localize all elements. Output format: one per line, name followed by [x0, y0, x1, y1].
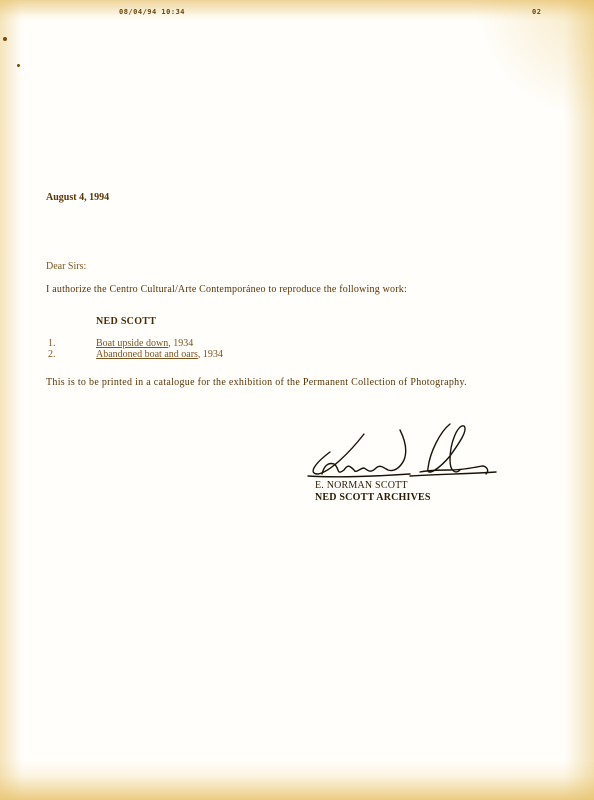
list-item: 2. Abandoned boat and oars, 1934: [48, 349, 223, 360]
work-number: 1.: [48, 338, 96, 349]
list-item: 1. Boat upside down, 1934: [48, 338, 223, 349]
letter-date: August 4, 1994: [46, 192, 109, 203]
paper-stain-bottom: [0, 760, 594, 800]
paper-stain-right: [564, 0, 594, 800]
signature-block: E. NORMAN SCOTT NED SCOTT ARCHIVES: [315, 480, 431, 504]
work-title: Boat upside down: [96, 338, 168, 349]
work-year: , 1934: [168, 338, 193, 349]
fax-datetime: 08/04/94 10:34: [119, 8, 185, 16]
work-number: 2.: [48, 349, 96, 360]
paper-speck: [17, 64, 20, 67]
signer-name: E. NORMAN SCOTT: [315, 480, 431, 492]
paper-stain-left: [0, 0, 22, 800]
works-list: 1. Boat upside down, 1934 2. Abandoned b…: [48, 338, 223, 360]
salutation: Dear Sirs:: [46, 261, 86, 272]
work-year: , 1934: [198, 349, 223, 360]
work-title: Abandoned boat and oars: [96, 349, 198, 360]
paper-stain-corner: [474, 0, 594, 120]
handwritten-signature: [300, 412, 500, 484]
fax-page-number: 02: [532, 8, 541, 16]
signer-organization: NED SCOTT ARCHIVES: [315, 492, 431, 504]
artist-name: NED SCOTT: [96, 316, 156, 327]
fax-letter-page: 08/04/94 10:34 02 August 4, 1994 Dear Si…: [0, 0, 594, 800]
paper-speck: [3, 37, 7, 41]
authorization-text: I authorize the Centro Cultural/Arte Con…: [46, 284, 407, 295]
purpose-text: This is to be printed in a catalogue for…: [46, 377, 556, 389]
